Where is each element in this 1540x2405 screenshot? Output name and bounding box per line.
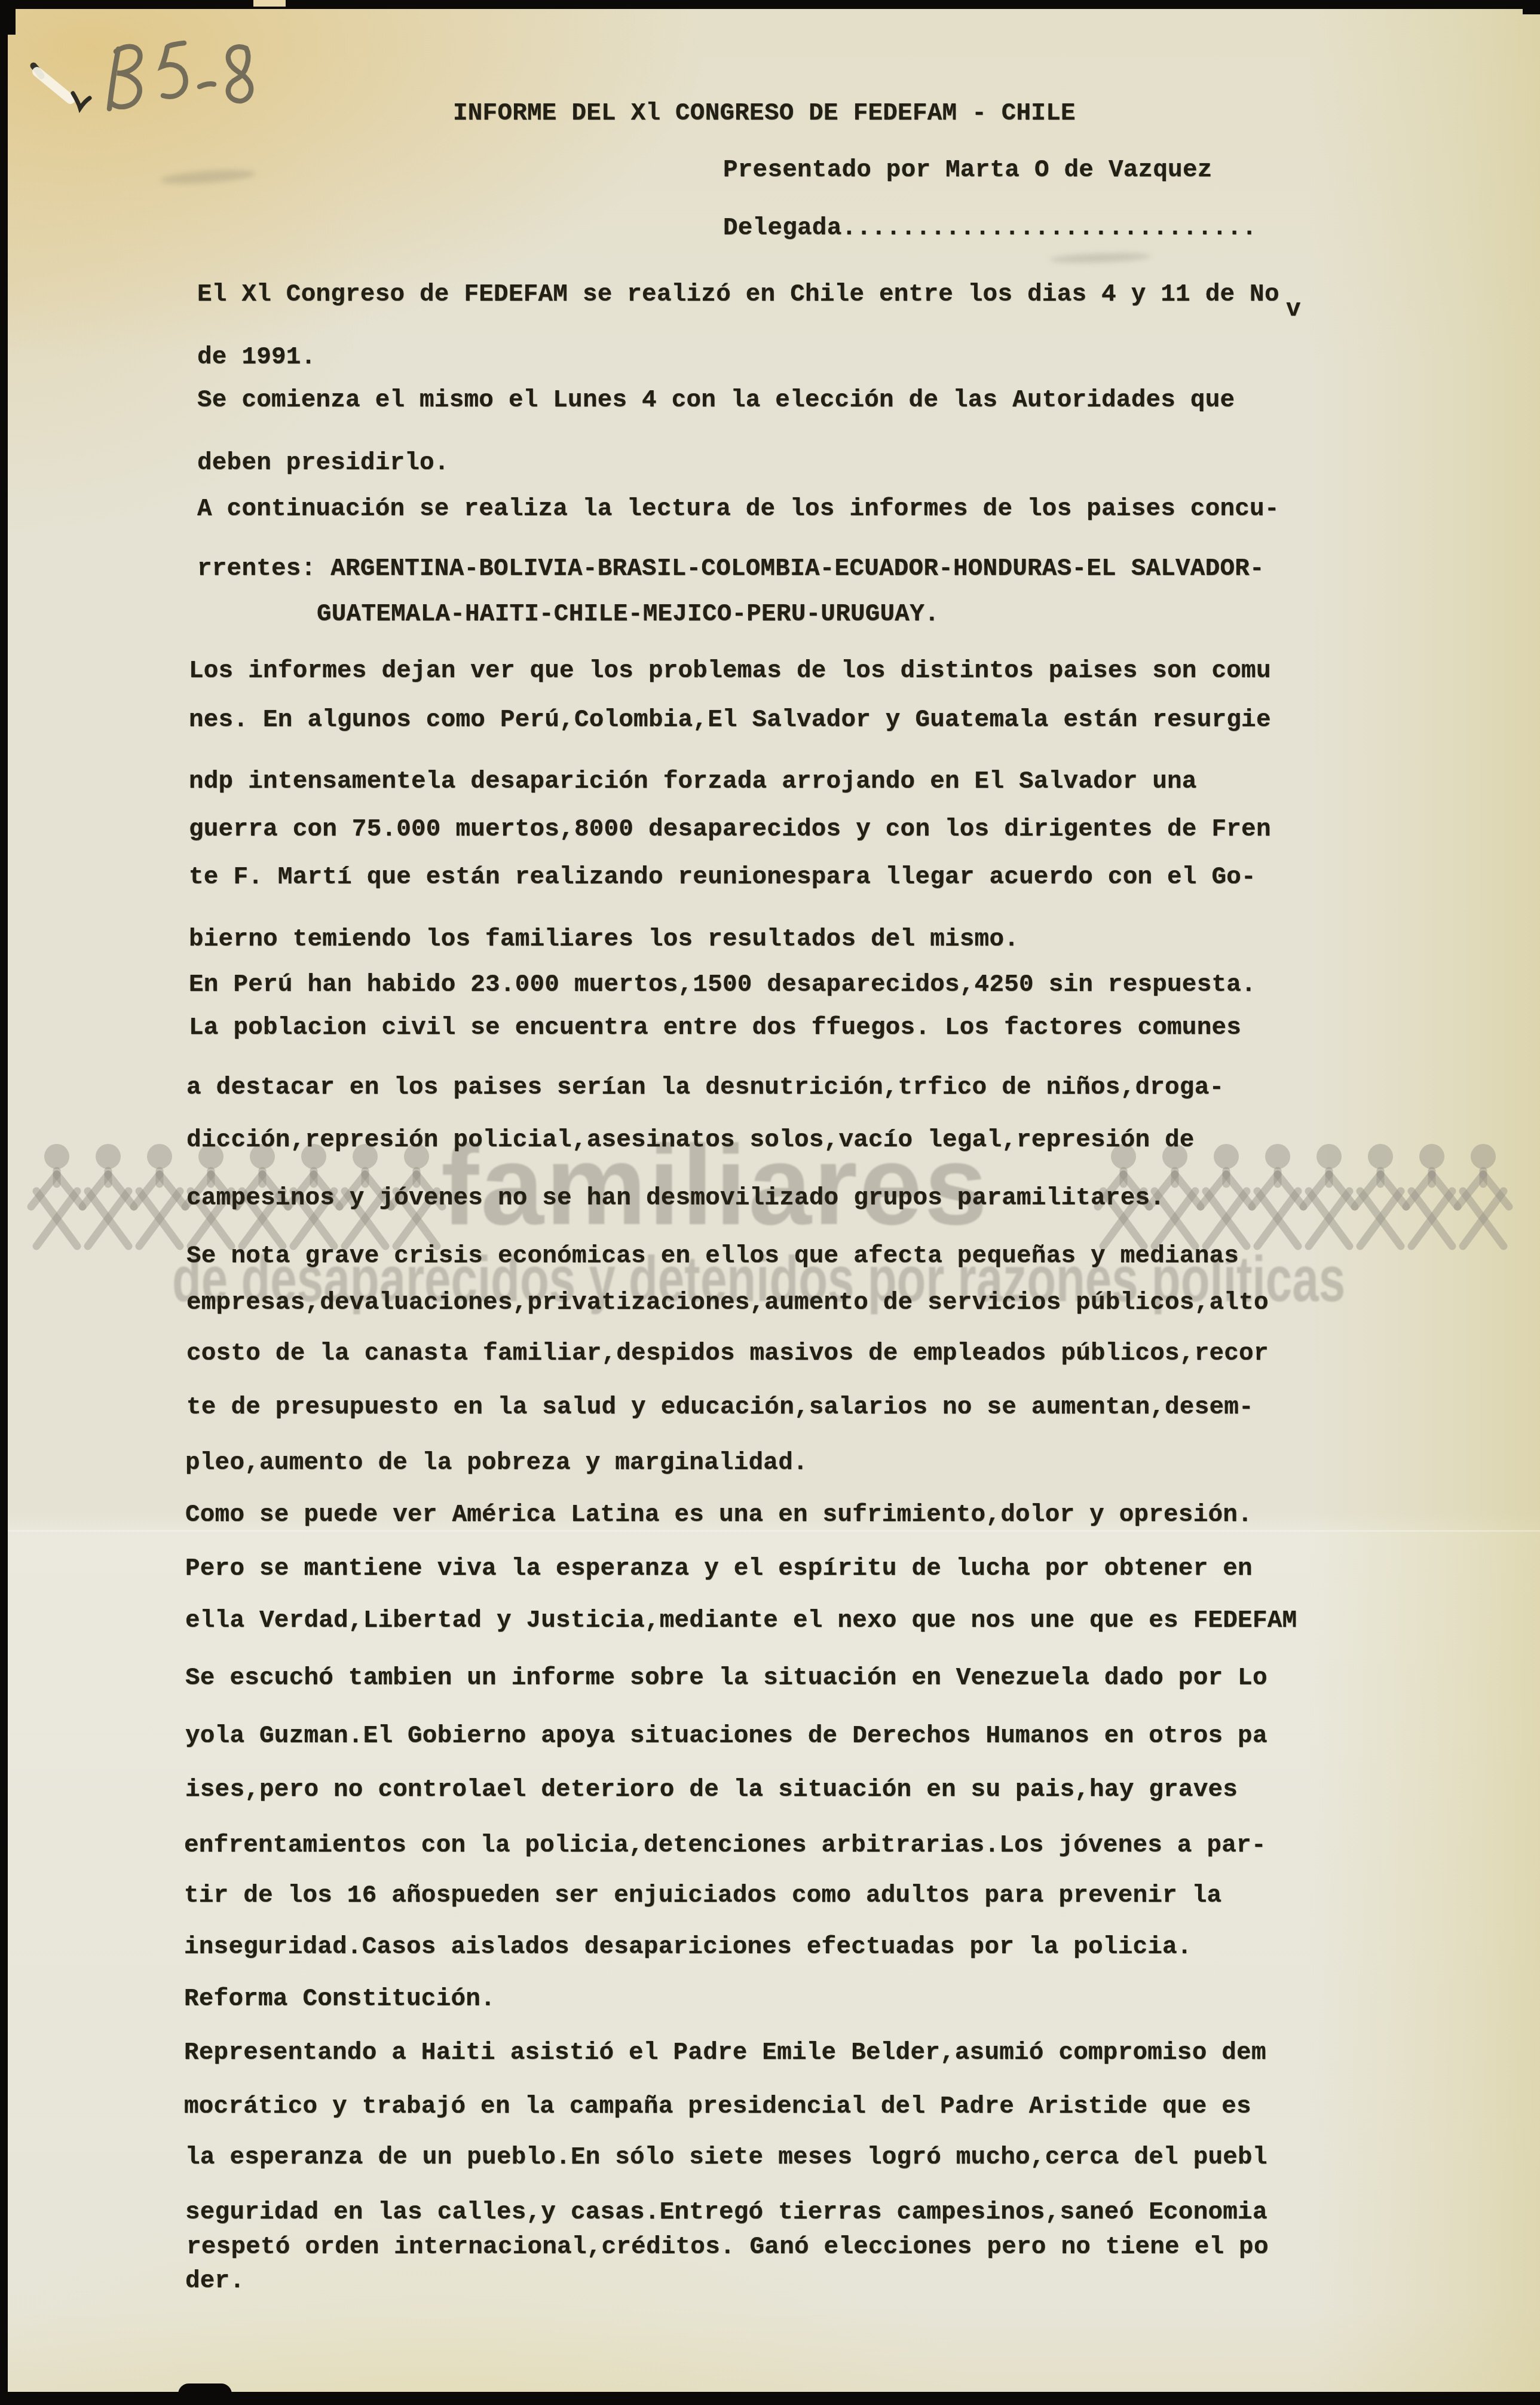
body-line: nes. En algunos como Perú,Colombia,El Sa… — [189, 708, 1271, 733]
body-line: bierno temiendo los familiares los resul… — [189, 928, 1019, 952]
body-line: mocrático y trabajó en la campaña presid… — [184, 2095, 1251, 2119]
body-line: der. — [185, 2269, 244, 2294]
body-line: enfrentamientos con la policia,detencion… — [184, 1834, 1266, 1858]
dropped-char: v — [1286, 298, 1301, 322]
body-line: ndp intensamentela desaparición forzada … — [189, 770, 1197, 794]
body-line: te de presupuesto en la salud y educació… — [186, 1396, 1254, 1420]
body-line: a destacar en los paises serían la desnu… — [186, 1076, 1224, 1100]
body-line: respetó orden internacional,créditos. Ga… — [186, 2235, 1269, 2260]
body-line: Pero se mantiene viva la esperanza y el … — [185, 1557, 1253, 1581]
title-line: INFORME DEL Xl CONGRESO DE FEDEFAM - CHI… — [453, 102, 1076, 126]
scan-edge-bottom-bump — [178, 2383, 232, 2394]
scan-edge-top-right — [1523, 0, 1540, 14]
body-line: Representando a Haiti asistió el Padre E… — [184, 2041, 1266, 2066]
body-line: yola Guzman.El Gobierno apoya situacione… — [185, 1724, 1267, 1749]
pencil-annotation-35-8: 35-8 — [90, 31, 269, 136]
typed-document-text: INFORME DEL Xl CONGRESO DE FEDEFAM - CHI… — [0, 0, 1540, 2405]
body-line: inseguridad.Casos aislados desaparicione… — [184, 1935, 1192, 1960]
body-line: Como se puede ver América Latina es una … — [185, 1503, 1253, 1528]
corner-scratch-mark — [23, 59, 103, 127]
scan-edge-left — [0, 0, 8, 2405]
body-line: te F. Martí que están realizando reunion… — [189, 865, 1256, 890]
body-line: la esperanza de un pueblo.En sólo siete … — [185, 2146, 1267, 2170]
body-line: El Xl Congreso de FEDEFAM se realizó en … — [197, 283, 1279, 307]
scan-edge-top — [0, 0, 1540, 9]
body-line: seguridad en las calles,y casas.Entregó … — [185, 2201, 1267, 2225]
body-line: Se nota grave crisis económicas en ellos… — [186, 1244, 1239, 1269]
scan-edge-notch — [253, 0, 286, 7]
body-line: costo de la canasta familiar,despidos ma… — [186, 1342, 1269, 1366]
body-line: Se escuchó tambien un informe sobre la s… — [185, 1666, 1267, 1691]
body-line: deben presidirlo. — [197, 451, 449, 476]
body-line: pleo,aumento de la pobreza y marginalida… — [185, 1451, 808, 1476]
body-line: campesinos y jóvenes no se han desmovili… — [186, 1186, 1165, 1211]
body-line: guerra con 75.000 muertos,8000 desaparec… — [189, 818, 1271, 842]
body-line: Reforma Constitución. — [184, 1987, 495, 2012]
body-line: A continuación se realiza la lectura de … — [197, 497, 1279, 522]
body-line: empresas,devaluaciones,privatizaciones,a… — [186, 1291, 1269, 1315]
body-line: GUATEMALA-HAITI-CHILE-MEJICO-PERU-URUGUA… — [317, 602, 939, 627]
body-line: de 1991. — [197, 345, 316, 370]
body-line: tir de los 16 añospueden ser enjuiciados… — [184, 1884, 1221, 1908]
body-line: La poblacion civil se encuentra entre do… — [189, 1016, 1241, 1041]
body-line: dicción,represión policial,asesinatos so… — [186, 1128, 1195, 1153]
body-line: rrentes: ARGENTINA-BOLIVIA-BRASIL-COLOMB… — [197, 557, 1265, 582]
body-line: En Perú han habido 23.000 muertos,1500 d… — [189, 973, 1256, 998]
body-line: Los informes dejan ver que los problemas… — [189, 659, 1271, 684]
byline-line: Presentado por Marta O de Vazquez — [723, 158, 1213, 183]
body-line: ises,pero no controlael deterioro de la … — [185, 1778, 1238, 1803]
body-line: Se comienza el mismo el Lunes 4 con la e… — [197, 388, 1235, 413]
body-line: ella Verdad,Libertad y Justicia,mediante… — [185, 1609, 1297, 1633]
delegate-line: Delegada............................ — [723, 216, 1257, 241]
